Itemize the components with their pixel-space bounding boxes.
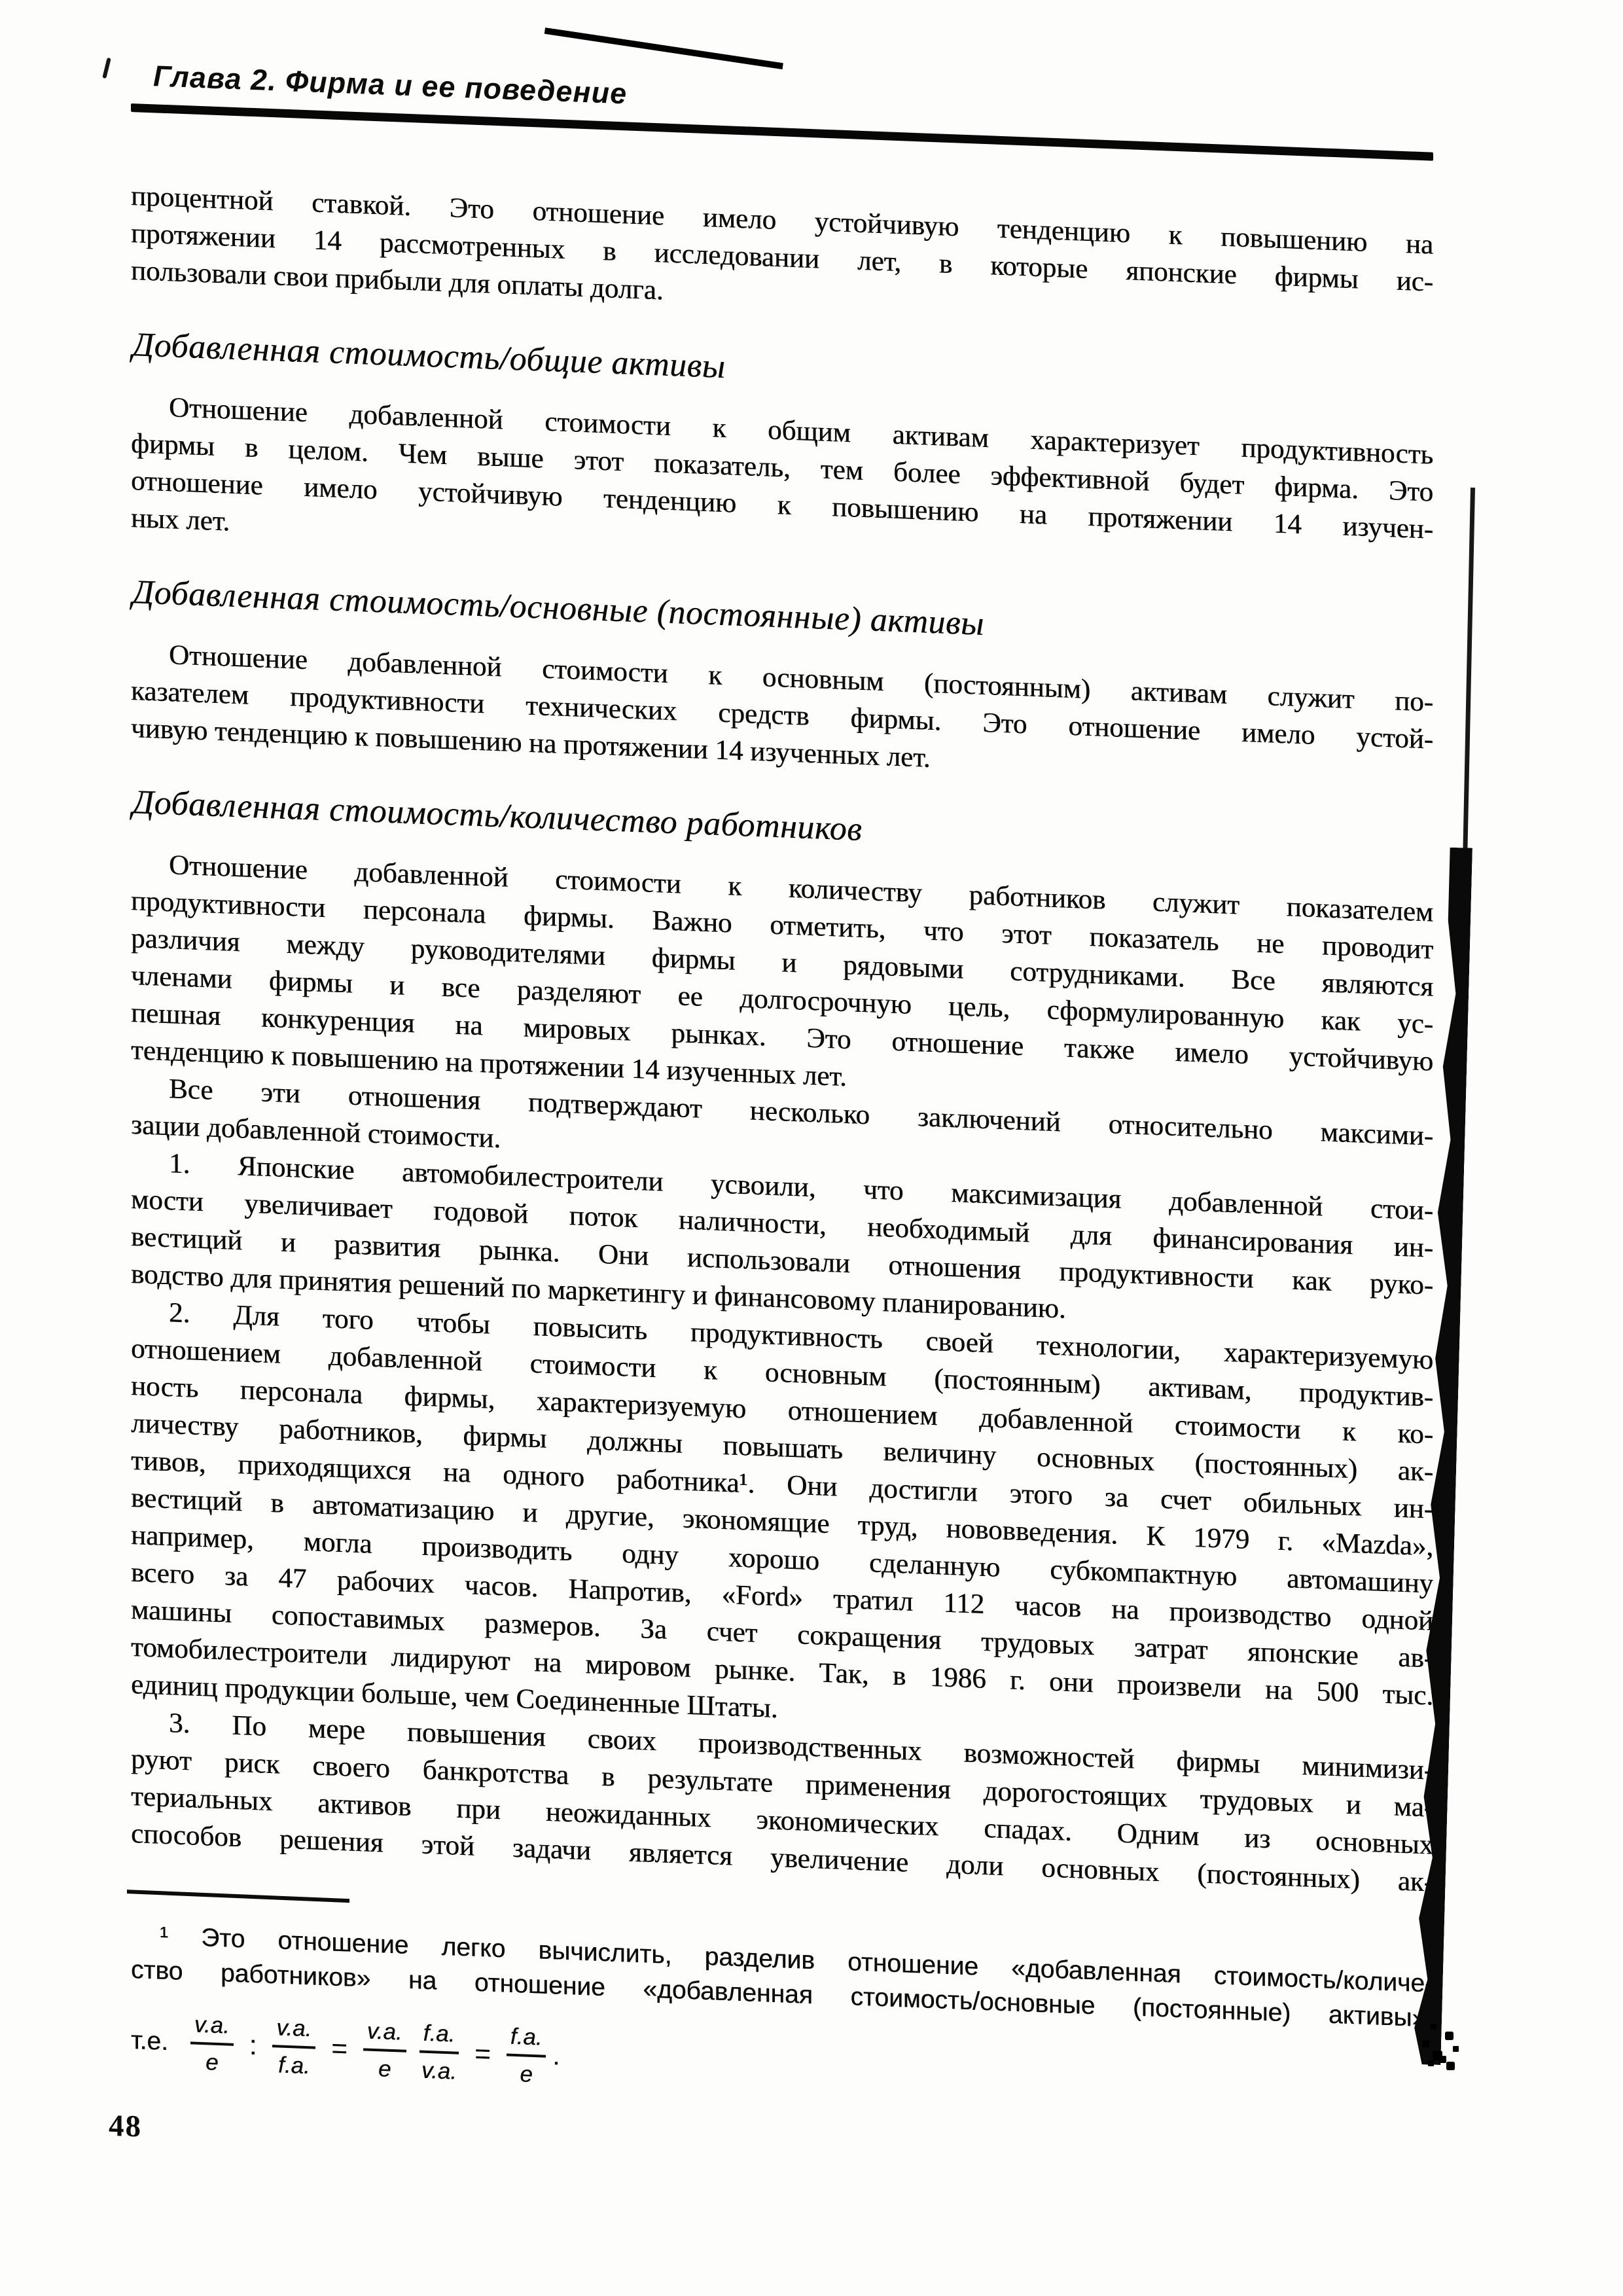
fraction-numerator: v.a.	[272, 2016, 315, 2046]
fraction-numerator: v.a.	[363, 2019, 406, 2049]
fraction-numerator: f.a.	[419, 2022, 459, 2052]
formula-text: .	[552, 2042, 560, 2071]
fraction: v.a.e	[190, 2013, 234, 2074]
formula-text: т.е.	[131, 2026, 168, 2056]
fraction: f.a.v.a.	[419, 2022, 459, 2083]
binding-shadow-specks	[1431, 2024, 1436, 2030]
fraction-denominator: f.a.	[278, 2047, 310, 2077]
footnote-rule	[127, 1890, 349, 1903]
fraction-numerator: v.a.	[190, 2013, 234, 2043]
content-blocks: процентной ставкой. Это отношение имело …	[131, 177, 1433, 1901]
fraction-denominator: e	[520, 2056, 532, 2086]
paragraph: Отношение добавленной стоимости к общим …	[131, 387, 1433, 586]
fraction-denominator: e	[205, 2045, 218, 2074]
scan-tick-mark	[102, 58, 111, 79]
footnote: ¹ Это отношение легко вычислить, раздели…	[131, 1890, 1433, 2120]
fraction-denominator: v.a.	[421, 2053, 457, 2083]
formula-operator: =	[331, 2032, 348, 2064]
formula-operator: :	[249, 2030, 257, 2061]
fraction: v.a.e	[363, 2019, 406, 2081]
text-column: Глава 2. Фирма и ее поведение процентной…	[131, 56, 1433, 2193]
scan-edge-streak	[544, 27, 783, 69]
fraction: f.a.e	[507, 2025, 546, 2087]
formula-operator: =	[474, 2038, 491, 2070]
fraction: v.a.f.a.	[272, 2016, 315, 2077]
paragraph: процентной ставкой. Это отношение имело …	[131, 177, 1433, 338]
page-number: 48	[109, 2108, 1433, 2193]
binding-shadow-tail	[1463, 488, 1475, 864]
paragraph: 2. Для того чтобы повысить продуктивност…	[131, 1293, 1433, 1752]
scanned-book-page: Глава 2. Фирма и ее поведение процентной…	[0, 0, 1623, 2296]
fraction-denominator: e	[378, 2051, 391, 2081]
paragraph: Отношение добавленной стоимости к основн…	[131, 635, 1433, 796]
fraction-numerator: f.a.	[507, 2025, 546, 2055]
